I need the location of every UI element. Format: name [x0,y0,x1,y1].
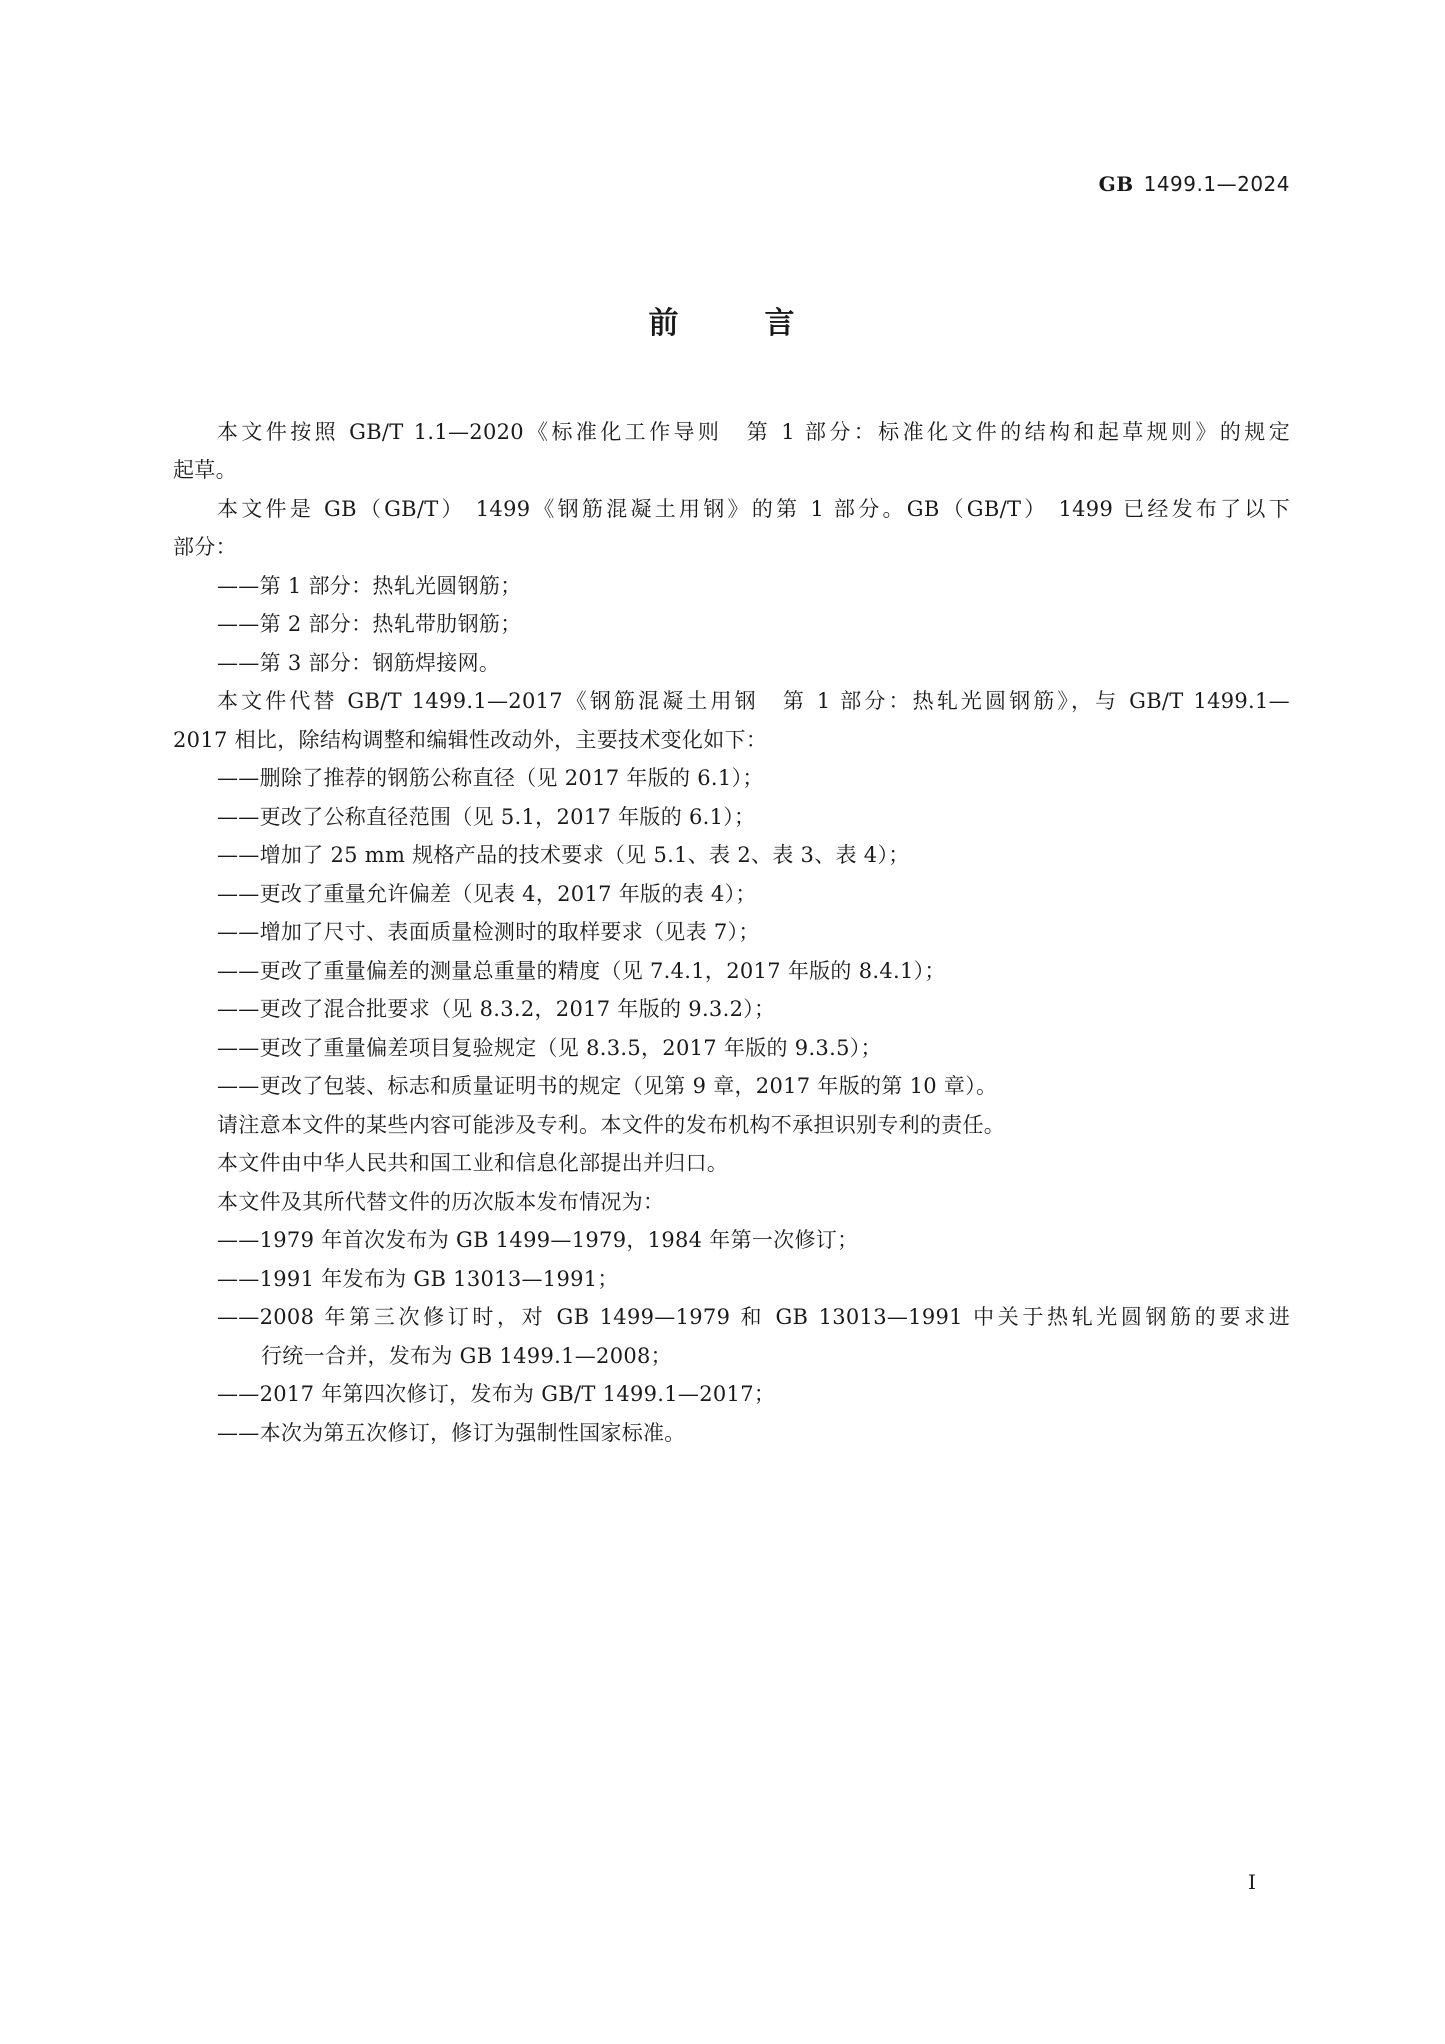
paragraph-line: 本文件按照 GB/T 1.1—2020《标准化工作导则 第 1 部分：标准化文件… [217,418,1290,446]
list-item: ——第 3 部分：钢筋焊接网。 [217,649,1290,677]
paragraph-line: 起草。 [173,456,1290,484]
list-item: ——更改了重量允许偏差（见表 4，2017 年版的表 4）； [217,880,1290,908]
paragraph-line: 2017 相比，除结构调整和编辑性改动外，主要技术变化如下： [173,726,1290,754]
paragraph-line: 本文件及其所代替文件的历次版本发布情况为： [217,1188,1290,1216]
list-item: ——增加了 25 mm 规格产品的技术要求（见 5.1、表 2、表 3、表 4）… [217,841,1290,869]
list-item: ——第 2 部分：热轧带肋钢筋； [217,610,1290,638]
list-item: ——删除了推荐的钢筋公称直径（见 2017 年版的 6.1）； [217,764,1290,792]
list-item: ——更改了公称直径范围（见 5.1，2017 年版的 6.1）； [217,803,1290,831]
paragraph-line: 本文件由中华人民共和国工业和信息化部提出并归口。 [217,1149,1290,1177]
list-item: ——1979 年首次发布为 GB 1499—1979，1984 年第一次修订； [217,1226,1290,1254]
list-item: ——2017 年第四次修订，发布为 GB/T 1499.1—2017； [217,1380,1290,1408]
paragraph-line: 本文件是 GB（GB/T） 1499《钢筋混凝土用钢》的第 1 部分。GB（GB… [217,495,1290,523]
standard-prefix: GB [1099,172,1134,196]
list-item: ——更改了重量偏差项目复验规定（见 8.3.5，2017 年版的 9.3.5）； [217,1034,1290,1062]
paragraph-line: 请注意本文件的某些内容可能涉及专利。本文件的发布机构不承担识别专利的责任。 [217,1111,1290,1139]
paragraph-line: 部分： [173,533,1290,561]
list-item: ——第 1 部分：热轧光圆钢筋； [217,572,1290,600]
page-title: 前言 [0,298,1445,342]
list-item: ——更改了包装、标志和质量证明书的规定（见第 9 章，2017 年版的第 10 … [217,1072,1290,1100]
title-char-1: 前 [649,306,681,341]
title-char-2: 言 [765,306,797,341]
list-item-continuation: 行统一合并，发布为 GB 1499.1—2008； [261,1342,1290,1370]
list-item: ——更改了混合批要求（见 8.3.2，2017 年版的 9.3.2）； [217,995,1290,1023]
paragraph-line: 本文件代替 GB/T 1499.1—2017《钢筋混凝土用钢 第 1 部分：热轧… [217,687,1290,715]
page-number: I [1248,1870,1256,1894]
standard-code: GB1499.1—2024 [1099,172,1290,196]
list-item: ——本次为第五次修订，修订为强制性国家标准。 [217,1419,1290,1447]
list-item: ——1991 年发布为 GB 13013—1991； [217,1265,1290,1293]
document-page: GB1499.1—2024 前言 本文件按照 GB/T 1.1—2020《标准化… [0,0,1445,2044]
list-item: ——增加了尺寸、表面质量检测时的取样要求（见表 7）； [217,918,1290,946]
list-item: ——2008 年第三次修订时，对 GB 1499—1979 和 GB 13013… [217,1303,1290,1331]
list-item: ——更改了重量偏差的测量总重量的精度（见 7.4.1，2017 年版的 8.4.… [217,957,1290,985]
standard-number: 1499.1—2024 [1144,172,1290,196]
